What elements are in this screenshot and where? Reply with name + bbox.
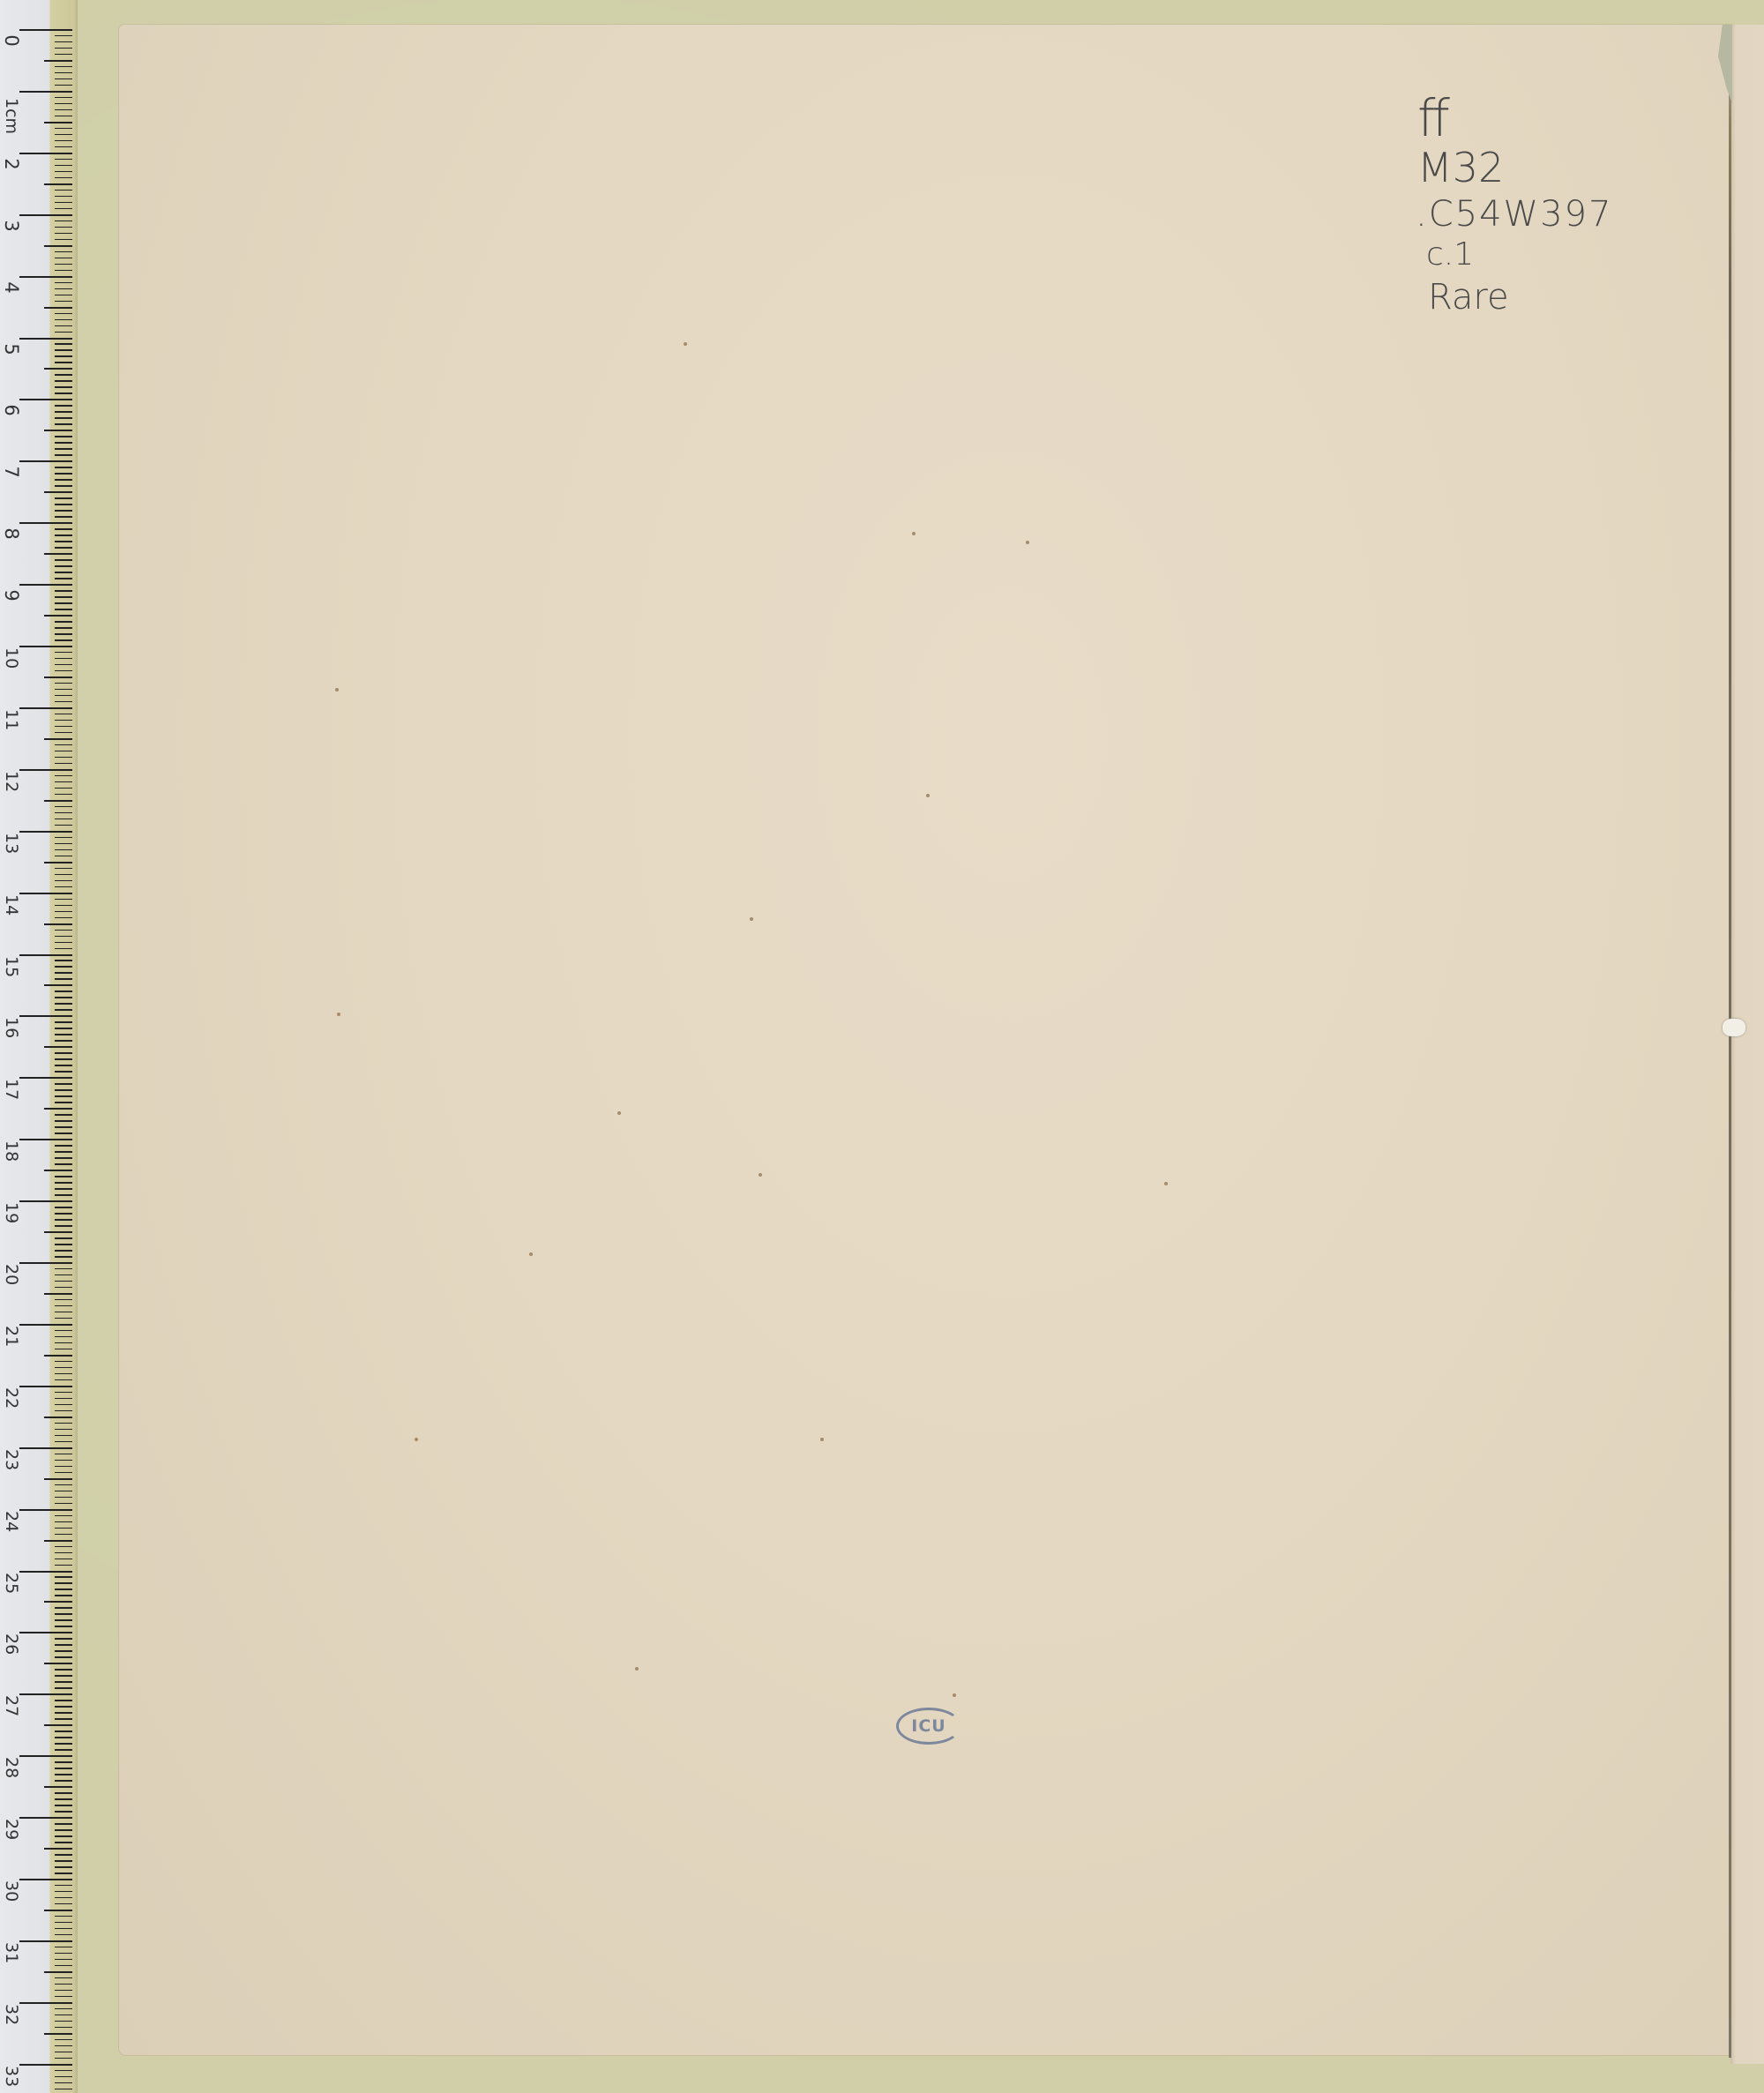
ruler-tick	[55, 208, 72, 210]
ruler-tick	[55, 602, 72, 604]
ruler-tick	[55, 732, 72, 734]
ruler-tick	[19, 1755, 72, 1757]
ruler-tick	[55, 454, 72, 456]
ruler-tick	[55, 1237, 72, 1239]
ruler-tick	[44, 1170, 72, 1171]
ruler-tick	[55, 1835, 72, 1837]
ruler-tick	[55, 479, 72, 481]
ruler-tick	[44, 676, 72, 678]
ruler-tick	[55, 627, 72, 629]
ruler-number: 32	[2, 2004, 21, 2023]
ruler-number: 9	[2, 586, 21, 605]
ruler-tick	[44, 60, 72, 62]
ruler-tick	[55, 411, 72, 413]
ruler-tick	[55, 1423, 72, 1424]
ruler-tick	[55, 1274, 72, 1276]
ruler-tick	[55, 874, 72, 876]
ruler-number: 30	[2, 1880, 21, 1900]
ruler-tick	[55, 374, 72, 376]
ruler-number: 26	[2, 1633, 21, 1653]
ruler-tick	[55, 905, 72, 907]
ruler-tick	[55, 1576, 72, 1578]
ruler-tick	[44, 491, 72, 493]
ruler-tick	[55, 880, 72, 882]
ruler-tick	[19, 1817, 72, 1819]
ruler-tick	[55, 504, 72, 505]
ruler-tick	[55, 930, 72, 931]
ruler-tick	[55, 1497, 72, 1499]
ruler-tick	[44, 1355, 72, 1357]
ruler-tick	[55, 609, 72, 610]
adjacent-leaf	[1730, 25, 1764, 2064]
ruler-tick	[55, 1885, 72, 1887]
call-number-line: ff	[1417, 93, 1614, 144]
ruler-tick	[55, 2070, 72, 2072]
ruler-tick	[55, 1034, 72, 1035]
ruler-number: 11	[2, 709, 21, 729]
ruler-tick	[55, 41, 72, 43]
ruler-tick	[55, 2089, 72, 2090]
ruler-tick	[55, 1435, 72, 1437]
ruler-tick	[55, 1188, 72, 1190]
ruler-tick	[55, 1126, 72, 1128]
ruler-tick	[19, 707, 72, 709]
ruler-tick	[55, 936, 72, 938]
call-number-line: .C54W397	[1416, 197, 1612, 232]
ruler-tick	[44, 553, 72, 555]
ruler-tick	[55, 251, 72, 253]
ruler-tick	[55, 843, 72, 845]
ruler-tick	[55, 652, 72, 654]
ruler-number: 12	[2, 771, 21, 790]
ruler-tick	[55, 1114, 72, 1116]
ruler-tick	[55, 2039, 72, 2041]
ruler-tick	[55, 806, 72, 808]
handwritten-call-number: ff M32 .C54W397 c.1 Rare	[1416, 93, 1612, 315]
ruler-tick	[55, 1410, 72, 1412]
ruler-tick	[55, 1928, 72, 1930]
ruler-tick	[19, 2002, 72, 2004]
ruler-tick	[55, 165, 72, 167]
ruler-tick	[55, 1774, 72, 1775]
ruler-tick	[19, 646, 72, 647]
ruler-tick	[44, 183, 72, 185]
ruler-tick	[55, 1484, 72, 1486]
ruler-tick	[44, 1724, 72, 1726]
ruler-tick	[19, 153, 72, 154]
ruler-tick	[55, 763, 72, 765]
ruler-tick	[55, 146, 72, 148]
ruler-tick	[55, 1712, 72, 1714]
ruler-tick	[19, 893, 72, 894]
ruler-tick	[55, 559, 72, 561]
ruler-tick	[55, 1367, 72, 1369]
ruler-number: 7	[2, 462, 21, 482]
ruler-number: 29	[2, 1819, 21, 1838]
ruler-tick	[55, 1503, 72, 1505]
ruler-tick	[55, 1182, 72, 1184]
ruler-tick	[55, 97, 72, 99]
ruler-tick	[55, 1916, 72, 1917]
ruler-tick	[55, 788, 72, 789]
ruler-tick	[55, 1454, 72, 1455]
paper-speck	[953, 1693, 956, 1697]
ruler-tick	[44, 923, 72, 925]
ruler-tick	[55, 1225, 72, 1227]
ruler-tick	[19, 214, 72, 216]
ruler-number: 14	[2, 894, 21, 914]
ruler-tick	[44, 1601, 72, 1603]
ruler-tick	[55, 1860, 72, 1862]
ruler-tick	[55, 1028, 72, 1029]
ruler-tick	[19, 1200, 72, 1202]
measurement-ruler: 01cm234567891011121314151617181920212223…	[0, 0, 78, 2093]
ruler-number: 31	[2, 1942, 21, 1962]
ruler-tick	[19, 1324, 72, 1326]
ruler-tick	[44, 1848, 72, 1850]
ruler-number: 27	[2, 1695, 21, 1715]
ruler-number: 23	[2, 1449, 21, 1469]
ruler-number: 28	[2, 1757, 21, 1776]
ruler-tick	[55, 72, 72, 74]
ruler-tick	[55, 1194, 72, 1196]
ruler-tick	[55, 1613, 72, 1615]
ruler-tick	[55, 1312, 72, 1313]
ruler-tick	[55, 1681, 72, 1683]
ruler-tick	[44, 1910, 72, 1911]
paper-speck	[415, 1438, 418, 1441]
ruler-tick	[55, 621, 72, 623]
ruler-tick	[55, 849, 72, 851]
ruler-tick	[55, 355, 72, 357]
ruler-tick	[55, 258, 72, 259]
ruler-number: 21	[2, 1326, 21, 1345]
ruler-tick	[55, 1176, 72, 1177]
ruler-tick	[55, 1546, 72, 1548]
ruler-tick	[55, 270, 72, 272]
ruler-tick	[55, 1244, 72, 1245]
ruler-tick	[44, 122, 72, 123]
ruler-tick	[55, 1361, 72, 1363]
ruler-tick	[19, 1509, 72, 1511]
ruler-tick	[55, 1718, 72, 1720]
ruler-tick	[55, 1619, 72, 1621]
ruler-number: 20	[2, 1264, 21, 1283]
ruler-tick	[55, 1281, 72, 1282]
ruler-tick	[55, 1792, 72, 1794]
ruler-tick	[55, 1021, 72, 1023]
ruler-tick	[55, 534, 72, 536]
ruler-tick	[55, 812, 72, 814]
ruler-number: 2	[2, 154, 21, 174]
ruler-tick	[44, 1663, 72, 1664]
ruler-tick	[55, 948, 72, 950]
ruler-tick	[55, 295, 72, 296]
ruler-tick	[55, 1157, 72, 1159]
ruler-tick	[55, 1219, 72, 1221]
ruler-tick	[55, 2082, 72, 2084]
ruler-tick	[55, 301, 72, 303]
ruler-tick	[55, 2045, 72, 2047]
call-number-line: M32	[1417, 147, 1614, 188]
ruler-tick	[55, 1528, 72, 1529]
ruler-tick	[19, 1879, 72, 1880]
ruler-tick	[55, 1052, 72, 1054]
ruler-number: 5	[2, 340, 21, 359]
ruler-tick	[55, 1120, 72, 1122]
ruler-tick	[44, 615, 72, 617]
ruler-tick	[44, 984, 72, 986]
ruler-tick	[55, 1040, 72, 1042]
ruler-tick	[44, 1293, 72, 1295]
ruler-tick	[55, 1207, 72, 1208]
ruler-tick	[55, 978, 72, 980]
ruler-tick	[55, 202, 72, 204]
ruler-tick	[55, 1318, 72, 1319]
paper-speck	[529, 1252, 533, 1256]
ruler-number: 19	[2, 1202, 21, 1222]
ruler-tick	[55, 1515, 72, 1517]
ruler-tick	[55, 972, 72, 974]
ruler-tick	[55, 319, 72, 321]
ruler-tick	[55, 1089, 72, 1091]
ruler-tick	[19, 522, 72, 524]
ruler-tick	[55, 1349, 72, 1350]
ruler-tick	[55, 689, 72, 691]
paper-speck	[337, 1013, 340, 1016]
library-stamp: ICU	[896, 1708, 961, 1745]
ruler-tick	[55, 1749, 72, 1751]
ruler-tick	[55, 1429, 72, 1431]
ruler-tick	[55, 1965, 72, 1967]
ruler-tick	[55, 1102, 72, 1103]
ruler-tick	[55, 442, 72, 444]
ruler-tick	[55, 578, 72, 579]
ruler-tick	[55, 1903, 72, 1905]
ruler-tick	[55, 917, 72, 919]
ruler-tick	[55, 1953, 72, 1955]
paper-speck	[617, 1111, 621, 1115]
ruler-tick	[55, 1299, 72, 1301]
ruler-tick	[55, 658, 72, 660]
ruler-tick	[55, 448, 72, 450]
ruler-tick	[55, 781, 72, 783]
ruler-tick	[55, 1947, 72, 1948]
ruler-tick	[55, 190, 72, 191]
ruler-tick	[55, 837, 72, 839]
ruler-tick	[55, 1095, 72, 1097]
ruler-tick	[55, 473, 72, 475]
ruler-tick	[55, 282, 72, 284]
ruler-tick	[19, 1015, 72, 1017]
ruler-tick	[55, 744, 72, 746]
ruler-tick	[55, 140, 72, 142]
ruler-tick	[55, 1398, 72, 1400]
ruler-tick	[55, 1922, 72, 1924]
ruler-tick	[55, 1336, 72, 1338]
ruler-tick	[55, 1595, 72, 1596]
paper-speck	[820, 1438, 824, 1441]
paper-speck	[1026, 541, 1029, 544]
ruler-tick	[55, 670, 72, 672]
ruler-tick	[44, 2033, 72, 2035]
ruler-tick	[55, 343, 72, 345]
ruler-tick	[55, 565, 72, 567]
ruler-tick	[55, 1897, 72, 1899]
ruler-number: 16	[2, 1017, 21, 1036]
ruler-tick	[55, 1256, 72, 1258]
ruler-tick	[19, 1693, 72, 1695]
ruler-tick	[55, 2008, 72, 2010]
ruler-tick	[55, 2027, 72, 2029]
ruler-tick	[55, 1607, 72, 1609]
paper-speck	[335, 688, 339, 691]
ruler-tick	[55, 1891, 72, 1893]
ruler-tick	[55, 1984, 72, 1985]
ruler-tick	[55, 1373, 72, 1375]
ruler-tick	[55, 1959, 72, 1961]
ruler-number: 15	[2, 956, 21, 975]
ruler-tick	[55, 1588, 72, 1590]
ruler-tick	[44, 1046, 72, 1048]
ruler-number: 25	[2, 1573, 21, 1592]
ruler-tick	[55, 417, 72, 419]
ruler-tick	[55, 2021, 72, 2022]
ruler-tick	[55, 1669, 72, 1671]
ruler-tick	[55, 35, 72, 37]
ruler-tick	[55, 380, 72, 382]
ruler-tick	[55, 794, 72, 796]
ruler-tick	[55, 997, 72, 998]
ruler-number: 17	[2, 1079, 21, 1098]
ruler-tick	[19, 831, 72, 833]
ruler-tick	[55, 1650, 72, 1652]
ruler-tick	[55, 392, 72, 394]
ruler-tick	[55, 1250, 72, 1252]
ruler-tick	[55, 1737, 72, 1738]
ruler-tick	[55, 899, 72, 901]
call-number-line: c.1	[1426, 239, 1623, 271]
ruler-tick	[55, 177, 72, 179]
ruler-tick	[55, 1163, 72, 1165]
ruler-tick	[55, 1559, 72, 1560]
ruler-tick	[55, 960, 72, 961]
ruler-tick	[55, 1842, 72, 1843]
ruler-tick	[55, 1003, 72, 1005]
ruler-tick	[44, 245, 72, 247]
ruler-tick	[44, 1417, 72, 1418]
ruler-tick	[55, 1305, 72, 1307]
ruler-tick	[55, 109, 72, 111]
ruler-tick	[55, 1145, 72, 1147]
ruler-number: 8	[2, 524, 21, 543]
ruler-tick	[55, 633, 72, 635]
ruler-number: 6	[2, 400, 21, 420]
ruler-tick	[55, 221, 72, 222]
ruler-tick	[44, 1108, 72, 1110]
ruler-tick	[19, 1139, 72, 1140]
ruler-tick	[55, 332, 72, 333]
ruler-tick	[55, 1342, 72, 1344]
ruler-tick	[55, 1675, 72, 1677]
ruler-number: 13	[2, 833, 21, 852]
ruler-tick	[55, 1404, 72, 1406]
ruler-tick	[19, 1632, 72, 1633]
ruler-tick	[55, 1829, 72, 1831]
ruler-tick	[55, 159, 72, 161]
ruler-tick	[55, 775, 72, 777]
ruler-tick	[55, 78, 72, 80]
ruler-tick	[55, 1644, 72, 1646]
ruler-tick	[44, 800, 72, 802]
ruler-tick	[55, 1798, 72, 1800]
ruler-tick	[55, 1460, 72, 1461]
ruler-tick	[55, 819, 72, 820]
ruler-tick	[55, 1656, 72, 1658]
ruler-tick	[55, 639, 72, 641]
ruler-tick	[55, 497, 72, 499]
ruler-tick	[55, 467, 72, 468]
spine-fold	[1729, 25, 1731, 2058]
ruler-number: 22	[2, 1387, 21, 1407]
ruler-tick	[55, 547, 72, 549]
ruler-tick	[55, 264, 72, 265]
ruler-tick	[55, 239, 72, 241]
paper-speck	[750, 917, 753, 921]
ruler-tick	[55, 1466, 72, 1468]
ruler-tick	[55, 695, 72, 697]
ruler-tick	[55, 1534, 72, 1536]
ruler-tick	[19, 399, 72, 400]
ruler-tick	[55, 1730, 72, 1732]
ruler-number: 4	[2, 278, 21, 297]
ruler-tick	[55, 1990, 72, 1992]
ruler-number: 10	[2, 647, 21, 667]
ruler-tick	[55, 1392, 72, 1394]
ruler-tick	[55, 1743, 72, 1745]
ruler-tick	[55, 510, 72, 512]
ruler-tick	[55, 1379, 72, 1381]
ruler-tick	[55, 990, 72, 992]
ruler-tick	[55, 1330, 72, 1332]
ruler-tick	[19, 29, 72, 31]
ruler-tick	[19, 91, 72, 93]
ruler-tick	[55, 886, 72, 888]
ruler-tick	[55, 1780, 72, 1782]
ruler-tick	[55, 1706, 72, 1708]
ruler-tick	[55, 1441, 72, 1443]
ruler-tick	[44, 1786, 72, 1788]
ruler-tick	[55, 349, 72, 351]
ruler-tick	[55, 664, 72, 666]
ruler-tick	[55, 2076, 72, 2078]
ruler-tick	[55, 1491, 72, 1492]
ruler-tick	[55, 485, 72, 487]
stamp-text: ICU	[911, 1716, 946, 1736]
ruler-tick	[55, 1071, 72, 1073]
ruler-tick	[55, 134, 72, 136]
ruler-tick	[55, 1213, 72, 1215]
cover-page	[119, 25, 1733, 2055]
ruler-tick	[55, 1582, 72, 1584]
ruler-tick	[55, 1287, 72, 1289]
ruler-tick	[55, 1065, 72, 1066]
ruler-number: 24	[2, 1511, 21, 1530]
ruler-tick	[55, 714, 72, 715]
ruler-tick	[19, 276, 72, 278]
ruler-tick	[55, 1565, 72, 1566]
ruler-tick	[55, 171, 72, 173]
